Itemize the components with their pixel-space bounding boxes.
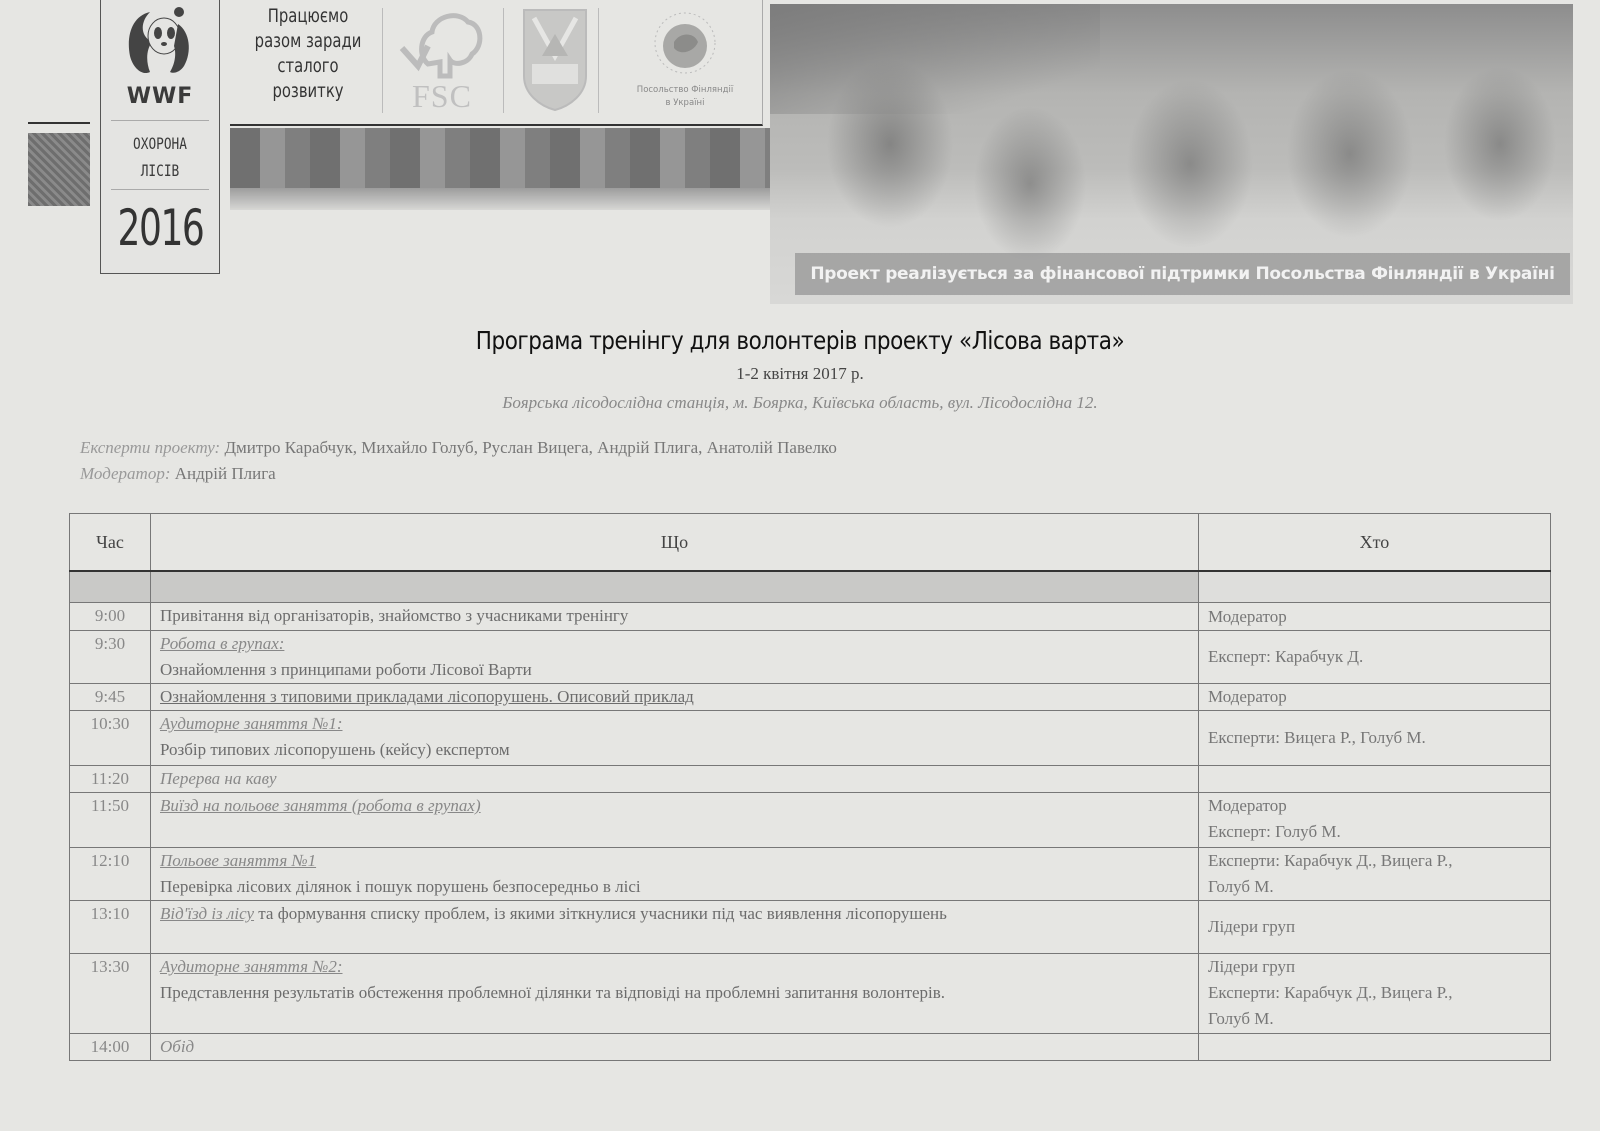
experts-line: Експерти проекту: Дмитро Карабчук, Михай… bbox=[80, 438, 837, 458]
table-row: 12:10 Польове заняття №1 Перевірка лісов… bbox=[70, 848, 1551, 901]
finland-seal-icon bbox=[650, 8, 720, 78]
experts-names: Дмитро Карабчук, Михайло Голуб, Руслан В… bbox=[224, 438, 836, 457]
nau-shield-icon bbox=[520, 6, 590, 111]
fsc-logo: FSC bbox=[398, 6, 490, 114]
table-header-row: Час Що Хто bbox=[70, 514, 1551, 572]
wwf-logo-box: WWF ОХОРОНА ЛІСІВ 2016 bbox=[100, 0, 220, 274]
wwf-year: 2016 bbox=[118, 199, 203, 257]
logo-divider bbox=[503, 8, 504, 113]
table-row: 14:00 Обід bbox=[70, 1034, 1551, 1061]
header-photo-strip bbox=[230, 128, 770, 210]
wwf-panda-icon bbox=[120, 6, 200, 78]
funding-banner: Проект реалізується за фінансової підтри… bbox=[795, 253, 1570, 295]
column-header-time: Час bbox=[70, 514, 151, 572]
moderator-line: Модератор: Андрій Плига bbox=[80, 464, 276, 484]
table-row: 11:20 Перерва на каву bbox=[70, 766, 1551, 793]
logo-divider bbox=[382, 8, 383, 113]
document-date: 1-2 квітня 2017 р. bbox=[0, 364, 1600, 384]
wwf-brand: WWF bbox=[101, 84, 219, 109]
wwf-subtitle: ОХОРОНА ЛІСІВ bbox=[113, 130, 207, 184]
fsc-tree-icon bbox=[398, 6, 490, 81]
session-title: Аудиторне заняття №2: bbox=[160, 954, 1189, 980]
document-title: Програма тренінгу для волонтерів проекту… bbox=[112, 326, 1488, 355]
experts-label: Експерти проекту: bbox=[80, 438, 220, 457]
column-header-who: Хто bbox=[1199, 514, 1551, 572]
table-row: 9:30 Робота в групах: Ознайомлення з при… bbox=[70, 631, 1551, 684]
table-row: 13:10 Від'їзд із лісу та формування спис… bbox=[70, 901, 1551, 954]
moderator-label: Модератор: bbox=[80, 464, 171, 483]
table-row: 9:45 Ознайомлення з типовими прикладами … bbox=[70, 684, 1551, 711]
table-row: 10:30 Аудиторне заняття №1: Розбір типов… bbox=[70, 711, 1551, 766]
header-photo-left bbox=[28, 133, 90, 206]
nau-logo bbox=[531, 6, 579, 111]
logo-divider bbox=[598, 8, 599, 113]
document-venue: Боярська лісодослідна станція, м. Боярка… bbox=[0, 393, 1600, 413]
embassy-finland-logo: Посольство Фінляндії в Україні bbox=[610, 4, 760, 114]
table-row: 13:30 Аудиторне заняття №2: Представленн… bbox=[70, 954, 1551, 1034]
table-row-spacer bbox=[70, 571, 1551, 603]
table-row: 9:00 Привітання від організаторів, знайо… bbox=[70, 603, 1551, 631]
column-header-what: Що bbox=[151, 514, 1199, 572]
session-title: Робота в групах: bbox=[160, 631, 1189, 657]
header-rule bbox=[28, 122, 90, 124]
table-row: 11:50 Виїзд на польове заняття (робота в… bbox=[70, 793, 1551, 848]
schedule-table: Час Що Хто 9:00 Привітання від організат… bbox=[69, 513, 1551, 1061]
session-title: Польове заняття №1 bbox=[160, 848, 1189, 874]
moderator-name: Андрій Плига bbox=[175, 464, 276, 483]
session-title: Аудиторне заняття №1: bbox=[160, 711, 1189, 737]
slogan: Працюємо разом заради сталого розвитку bbox=[253, 4, 362, 104]
